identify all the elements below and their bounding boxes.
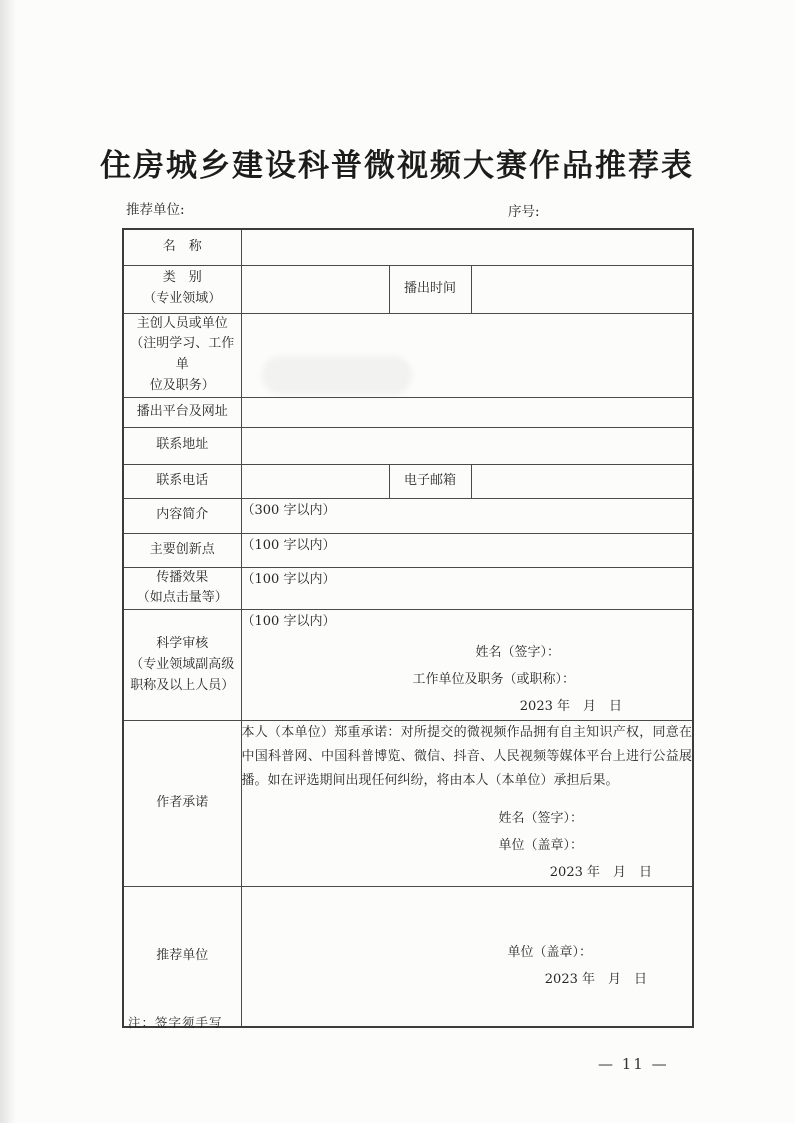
row-creators: 主创人员或单位 （注明学习、工作单 位及职务） [123, 313, 693, 397]
creators-label: 主创人员或单位 （注明学习、工作单 位及职务） [123, 313, 241, 397]
category-label: 类 别 （专业领域） [123, 265, 241, 313]
science-review-label: 科学审核 （专业领域副高级 职称及以上人员） [123, 610, 241, 721]
author-promise-label: 作者承诺 [123, 721, 241, 887]
row-science-review: 科学审核 （专业领域副高级 职称及以上人员） （100 字以内） 姓名（签字）：… [123, 610, 693, 721]
synopsis-label: 内容简介 [123, 498, 241, 533]
row-category: 类 别 （专业领域） 播出时间 [123, 265, 693, 313]
phone-value-cell [241, 464, 389, 498]
serial-number-label: 序号: [508, 200, 540, 220]
recommend-signature-unit: 单位（盖章）： [242, 939, 693, 966]
promise-text: 本人（本单位）郑重承诺：对所提交的微视频作品拥有自主知识产权，同意在中国科普网、… [242, 721, 693, 793]
science-review-cell: （100 字以内） 姓名（签字）： 工作单位及职务（或职称）： 2023 年 月… [241, 610, 693, 721]
footnote: 注：签字须手写 [128, 1013, 223, 1031]
phone-label: 联系电话 [123, 464, 241, 498]
recommendation-form-table: 名 称 类 别 （专业领域） 播出时间 主创人员或单位 （注明学习、工作单 位及… [122, 228, 694, 1028]
recommending-unit-cell: 单位（盖章）： 2023 年 月 日 [241, 887, 693, 1027]
email-value-cell [471, 464, 693, 498]
platform-value-cell [241, 397, 693, 427]
synopsis-hint: （300 字以内） [241, 498, 693, 533]
scanned-document-page: 住房城乡建设科普微视频大赛作品推荐表 推荐单位: 序号: 名 称 类 别 （专业… [0, 0, 794, 1123]
broadcast-time-value-cell [471, 265, 693, 313]
row-recommending-unit: 推荐单位 单位（盖章）： 2023 年 月 日 [123, 887, 693, 1027]
category-value-cell [241, 265, 389, 313]
review-signature-unit: 工作单位及职务（或职称）： [242, 666, 693, 693]
innovation-hint: （100 字以内） [241, 533, 693, 567]
promise-signature-unit: 单位（盖章）： [242, 832, 693, 859]
review-signature-date: 2023 年 月 日 [242, 693, 693, 720]
author-promise-cell: 本人（本单位）郑重承诺：对所提交的微视频作品拥有自主知识产权，同意在中国科普网、… [241, 721, 693, 887]
promise-signature-date: 2023 年 月 日 [242, 859, 693, 886]
science-review-hint: （100 字以内） [242, 610, 693, 629]
row-phone-email: 联系电话 电子邮箱 [123, 464, 693, 498]
address-label: 联系地址 [123, 427, 241, 464]
email-label: 电子邮箱 [389, 464, 471, 498]
name-label: 名 称 [123, 229, 241, 265]
platform-label: 播出平台及网址 [123, 397, 241, 427]
page-number: — 11 — [598, 1055, 669, 1073]
address-value-cell [241, 427, 693, 464]
recommending-unit-row-label: 推荐单位 [123, 887, 241, 1027]
review-signature-name: 姓名（签字）： [242, 639, 693, 666]
recommending-unit-label: 推荐单位: [126, 198, 185, 218]
form-header: 推荐单位: 序号: [122, 198, 692, 224]
row-synopsis: 内容简介 （300 字以内） [123, 498, 693, 533]
recommend-signature-date: 2023 年 月 日 [242, 966, 693, 993]
broadcast-time-label: 播出时间 [389, 265, 471, 313]
row-name: 名 称 [123, 229, 693, 265]
page-title: 住房城乡建设科普微视频大赛作品推荐表 [0, 140, 794, 185]
name-value-cell [241, 229, 693, 265]
row-effect: 传播效果 （如点击量等） （100 字以内） [123, 567, 693, 610]
row-platform: 播出平台及网址 [123, 397, 693, 427]
effect-label: 传播效果 （如点击量等） [123, 567, 241, 610]
effect-hint: （100 字以内） [241, 567, 693, 610]
innovation-label: 主要创新点 [123, 533, 241, 567]
row-innovation: 主要创新点 （100 字以内） [123, 533, 693, 567]
creators-value-cell [241, 313, 693, 397]
row-address: 联系地址 [123, 427, 693, 464]
promise-signature-name: 姓名（签字）： [242, 805, 693, 832]
row-author-promise: 作者承诺 本人（本单位）郑重承诺：对所提交的微视频作品拥有自主知识产权，同意在中… [123, 721, 693, 887]
